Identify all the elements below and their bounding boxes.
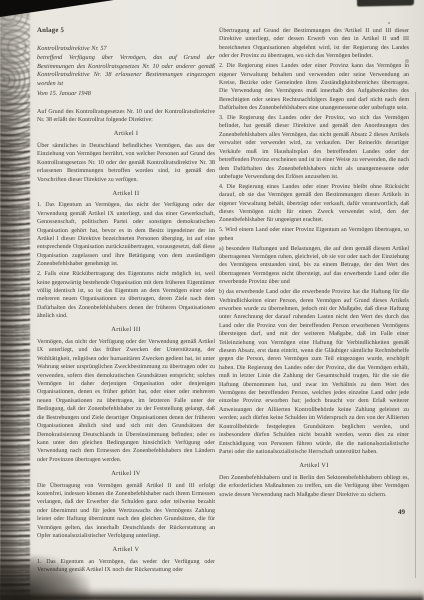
article-5-paragraph-4: 4. Die Regierung eines Landes oder einer… (219, 183, 409, 225)
right-column: Übertragung auf Grund der Bestimmungen d… (219, 27, 409, 516)
directive-title: Kontrollratsdirektive Nr. 57 (37, 45, 215, 54)
article-3-paragraph: Vermögen, das nicht der Verfügung oder d… (37, 338, 215, 464)
directive-subtitle: betreffend Verfügung über Vermögen, das … (37, 54, 215, 88)
article-2-paragraph-1: 1. Das Eigentum an Vermögen, das nicht d… (37, 201, 215, 268)
preamble: Auf Grund des Kontrollratsgesetzes Nr. 1… (37, 108, 215, 125)
article-heading-3: Artikel III (37, 326, 215, 334)
article-5-paragraph-3: 3. Die Regierung des Landes oder der Pro… (219, 114, 409, 181)
article-2-paragraph-2: 2. Falls eine Rückübertragung des Eigent… (37, 270, 215, 320)
scan-bottom-shadow (0, 587, 424, 600)
annex-label: Anlage 5 (37, 27, 215, 35)
left-column: Anlage 5 Kontrollratsdirektive Nr. 57 be… (37, 27, 215, 575)
article-heading-4: Artikel IV (37, 470, 215, 478)
binding-shadow (0, 0, 30, 600)
page-edge-line (415, 92, 416, 578)
article-5-paragraph-5: 5. Wird einem Land oder einer Provinz Ei… (219, 226, 409, 243)
article-4-paragraph: Die Übertragung von Vermögen gemäß Artik… (37, 482, 215, 541)
article-heading-5: Artikel V (37, 546, 215, 554)
article-heading-1: Artikel I (37, 130, 215, 138)
article-heading-6: Artikel VI (219, 462, 409, 470)
directive-date: Vom 15. Januar 1948 (37, 90, 215, 98)
article-5-paragraph-2: 2. Die Regierung eines Landes oder einer… (219, 62, 409, 112)
scan-corner-artifact (0, 0, 114, 17)
page-number: 49 (219, 508, 409, 516)
article-5-item-a: a) besondere Haftungen und Belastungen, … (219, 245, 409, 287)
scan-edge-mark (357, 0, 414, 7)
article-heading-2: Artikel II (37, 190, 215, 198)
scan-speckles (388, 22, 390, 24)
article-5-item-b: b) das erwerbende Land oder die erwerben… (219, 288, 409, 456)
article-6-paragraph: Den Zonenbefehlshabern und in Berlin den… (219, 474, 409, 499)
directive-title-block: Kontrollratsdirektive Nr. 57 betreffend … (37, 45, 215, 88)
article-5-continuation: Übertragung auf Grund der Bestimmungen d… (219, 27, 409, 61)
article-1-paragraph: Über sämtliches in Deutschland befindlic… (37, 142, 215, 184)
scanned-document-page: Anlage 5 Kontrollratsdirektive Nr. 57 be… (0, 0, 424, 600)
